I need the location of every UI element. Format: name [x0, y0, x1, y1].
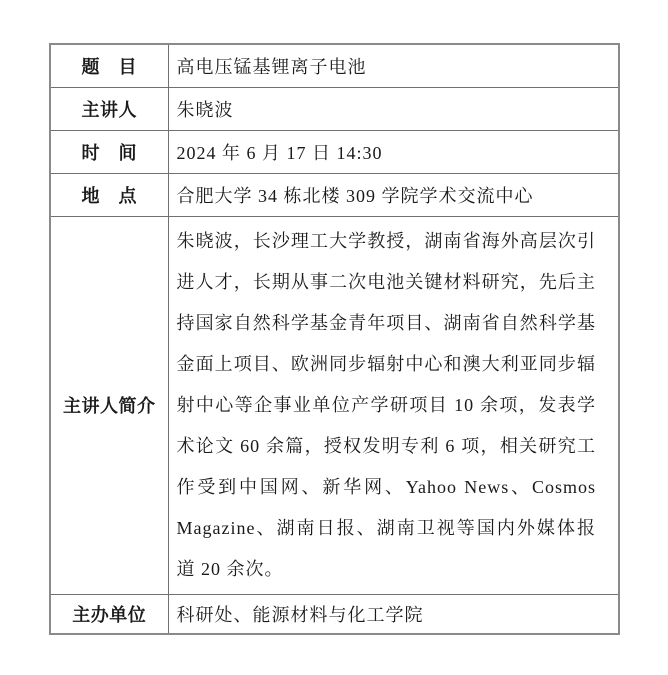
title-value: 高电压锰基锂离子电池 [168, 44, 619, 87]
announcement-table: 题 目 高电压锰基锂离子电池 主讲人 朱晓波 时 间 2024 年 6 月 17… [49, 43, 620, 635]
time-value: 2024 年 6 月 17 日 14:30 [168, 130, 619, 173]
table-row-speaker-bio: 主讲人简介 朱晓波，长沙理工大学教授，湖南省海外高层次引进人才，长期从事二次电池… [50, 216, 619, 594]
document-page: 题 目 高电压锰基锂离子电池 主讲人 朱晓波 时 间 2024 年 6 月 17… [0, 0, 668, 675]
speaker-bio-text: 朱晓波，长沙理工大学教授，湖南省海外高层次引进人才，长期从事二次电池关键材料研究… [177, 221, 597, 590]
location-value: 合肥大学 34 栋北楼 309 学院学术交流中心 [168, 173, 619, 216]
table-row-speaker: 主讲人 朱晓波 [50, 87, 619, 130]
table-row-location: 地 点 合肥大学 34 栋北楼 309 学院学术交流中心 [50, 173, 619, 216]
organizer-label: 主办单位 [50, 594, 168, 634]
speaker-label: 主讲人 [50, 87, 168, 130]
organizer-value: 科研处、能源材料与化工学院 [168, 594, 619, 634]
table-row-title: 题 目 高电压锰基锂离子电池 [50, 44, 619, 87]
table-row-time: 时 间 2024 年 6 月 17 日 14:30 [50, 130, 619, 173]
speaker-bio-cell: 朱晓波，长沙理工大学教授，湖南省海外高层次引进人才，长期从事二次电池关键材料研究… [168, 216, 619, 594]
speaker-value: 朱晓波 [168, 87, 619, 130]
time-label: 时 间 [50, 130, 168, 173]
title-label: 题 目 [50, 44, 168, 87]
speaker-bio-label: 主讲人简介 [50, 216, 168, 594]
location-label: 地 点 [50, 173, 168, 216]
table-row-organizer: 主办单位 科研处、能源材料与化工学院 [50, 594, 619, 634]
